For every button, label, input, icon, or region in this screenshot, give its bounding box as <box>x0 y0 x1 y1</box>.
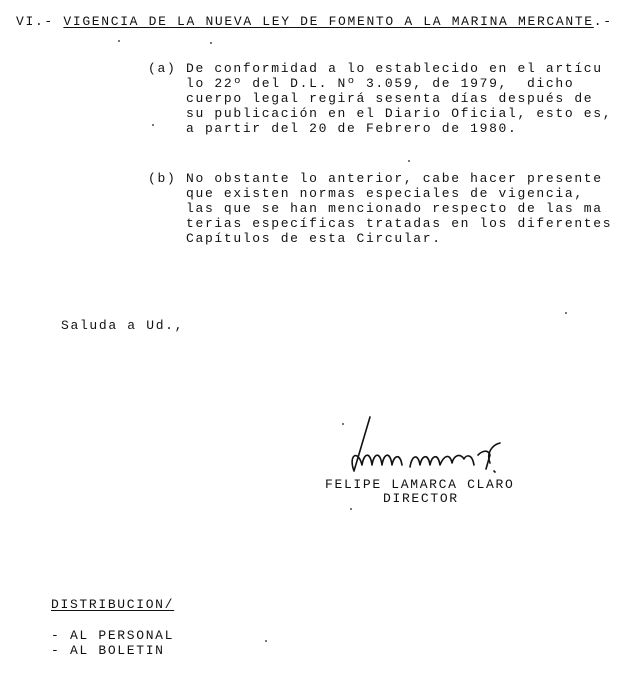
section-number: VI.- <box>16 14 54 29</box>
paragraph-line: su publicación en el Diario Oficial, est… <box>186 106 612 121</box>
section-title-suffix: .- <box>594 14 613 29</box>
greeting: Saluda a Ud., <box>61 318 184 333</box>
section-title: VIGENCIA DE LA NUEVA LEY DE FOMENTO A LA… <box>63 14 593 29</box>
scan-speck <box>118 40 120 42</box>
scan-speck <box>408 160 410 162</box>
distribution-item: - AL BOLETIN <box>51 643 174 658</box>
scan-speck <box>350 508 352 510</box>
distribution-list: - AL PERSONAL - AL BOLETIN <box>51 628 174 658</box>
paragraph-line: De conformidad a lo establecido en el ar… <box>186 61 612 76</box>
scan-speck <box>210 42 212 44</box>
paragraph-a: De conformidad a lo establecido en el ar… <box>186 61 612 136</box>
paragraph-line: Capítulos de esta Circular. <box>186 231 612 246</box>
scan-speck <box>565 312 567 314</box>
paragraph-line: que existen normas especiales de vigenci… <box>186 186 612 201</box>
paragraph-line: lo 22º del D.L. Nº 3.059, de 1979, dicho <box>186 76 612 91</box>
paragraph-line: las que se han mencionado respecto de la… <box>186 201 612 216</box>
scan-speck <box>152 124 154 126</box>
scan-speck <box>342 423 344 425</box>
paragraph-line: cuerpo legal regirá sesenta días después… <box>186 91 612 106</box>
distribution-title: DISTRIBUCION/ <box>51 597 174 612</box>
handwritten-signature <box>340 415 510 477</box>
distribution-item: - AL PERSONAL <box>51 628 174 643</box>
scan-speck <box>265 640 267 642</box>
paragraph-b: No obstante lo anterior, cabe hacer pres… <box>186 171 612 246</box>
paragraph-line: terias específicas tratadas en los difer… <box>186 216 612 231</box>
paragraph-a-label: (a) <box>148 61 176 76</box>
paragraph-line: a partir del 20 de Febrero de 1980. <box>186 121 612 136</box>
section-heading: VI.- VIGENCIA DE LA NUEVA LEY DE FOMENTO… <box>16 14 613 29</box>
signer-name: FELIPE LAMARCA CLARO <box>325 477 514 492</box>
signer-title: DIRECTOR <box>383 491 459 506</box>
paragraph-b-label: (b) <box>148 171 176 186</box>
paragraph-line: No obstante lo anterior, cabe hacer pres… <box>186 171 612 186</box>
